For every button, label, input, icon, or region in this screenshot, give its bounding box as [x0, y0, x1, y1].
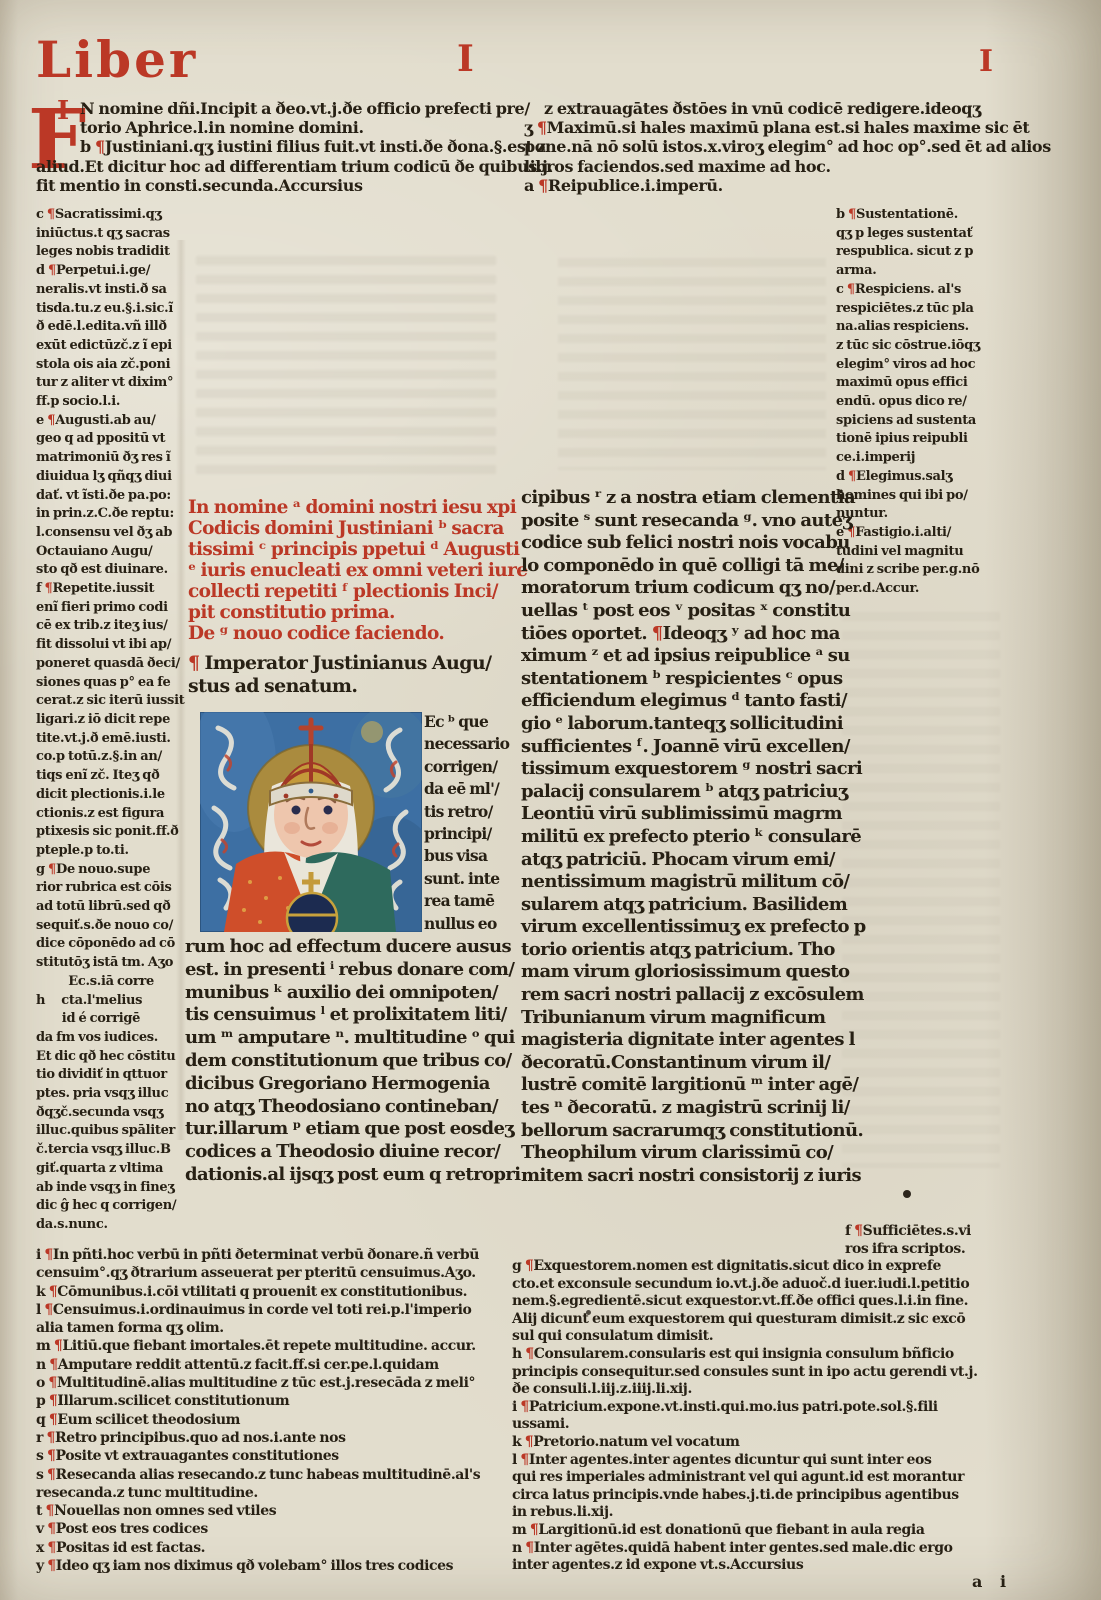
text-line: tisda.tu.z eu.§.i.sic.ĩ: [36, 300, 182, 319]
pilcrow-mark: ¶: [530, 1522, 539, 1538]
text-line: ᵉ iuris enucleati ex omni veteri iure: [188, 560, 503, 581]
text-line: sularem atqʒ patricium. Basilidem: [521, 894, 839, 917]
ink-spot: [903, 1190, 911, 1198]
incunabulum-page: Liber I I I F N nomine dñi.Incipit a ðeo…: [0, 0, 1101, 1600]
pilcrow-mark: ¶: [525, 1540, 534, 1556]
text-line: cto.et exconsule secundum io.vt.j.ðe adu…: [512, 1276, 1006, 1294]
text-line: est. in presenti ⁱ rebus donare com/: [185, 959, 503, 982]
pilcrow-mark: ¶: [847, 282, 855, 297]
text-line: sunt. inte: [424, 868, 502, 890]
pilcrow-mark: ¶: [47, 1558, 56, 1574]
text-line: pit constitutio prima.: [188, 602, 503, 623]
text-line: z extrauagātes ðstōes in vnū codicē redi…: [524, 99, 984, 118]
text-line: bellorum sacrarumqʒ constitutionū.: [521, 1120, 839, 1143]
text-line: matrimoniū ðʒ res ĩ: [36, 449, 182, 468]
text-line: ðecoratū.Constantinum virum il/: [521, 1052, 839, 1075]
pilcrow-mark: ¶: [188, 652, 200, 674]
text-line: f ¶Repetite.iussit: [36, 580, 182, 599]
pilcrow-mark: ¶: [47, 207, 55, 222]
text-line: tio dividiť in qttuor: [36, 1066, 182, 1085]
text-line: n ¶Amputare reddit attentū.z facit.ff.si…: [36, 1356, 520, 1374]
text-line: stitutōʒ istā tm. Aʒo: [36, 954, 182, 973]
text-line: mitem sacri nostri consistorij z iuris: [521, 1165, 839, 1188]
text-line: principis consequitur.sed consules sunt …: [512, 1364, 1006, 1382]
text-line: e ¶Augusti.ab au/: [36, 412, 182, 431]
text-line: tudini vel magnitu: [836, 543, 1006, 562]
pilcrow-mark: ¶: [47, 1521, 56, 1537]
headnote-left: N nomine dñi.Incipit a ðeo.vt.j.ðe offic…: [36, 99, 516, 195]
text-line: v ¶Post eos tres codices: [36, 1520, 520, 1538]
text-line: pteple.p to.ti.: [36, 842, 182, 861]
text-line: ¶ Imperator Justinianus Augu/: [188, 652, 503, 675]
text-line: h ¶Consularem.consularis est qui insigni…: [512, 1346, 1006, 1364]
pilcrow-mark: ¶: [95, 137, 105, 156]
text-line: p ¶Illarum.scilicet constitutionum: [36, 1392, 520, 1410]
text-line: giť.quarta z vltima: [36, 1160, 182, 1179]
bleed-through-center: [558, 258, 826, 470]
text-line: h cta.l'melius: [36, 992, 182, 1011]
text-line: ximum ᶻ et ad ipsius reipublice ᵃ su: [521, 645, 839, 668]
text-line: in rebus.li.xij.: [512, 1504, 1006, 1522]
text-line: torio orientis atqʒ patricium. Tho: [521, 939, 839, 962]
marginal-gloss-right: b ¶Sustentationē.qʒ p leges sustentaťres…: [836, 206, 1006, 599]
text-line: cerat.z sic iterū iussit: [36, 692, 182, 711]
text-line: Ec ᵇ que: [424, 711, 502, 733]
text-line: q ¶Eum scilicet theodosium: [36, 1411, 520, 1429]
text-line: principi/: [424, 823, 502, 845]
text-line: Tribunianum virum magnificum: [521, 1007, 839, 1030]
salutation: ¶ Imperator Justinianus Augu/stus ad sen…: [188, 652, 503, 697]
text-line: r ¶Retro principibus.quo ad nos.i.ante n…: [36, 1429, 520, 1447]
text-line: collecti repetiti ᶠ plectionis Inci/: [188, 581, 503, 602]
pilcrow-mark: ¶: [54, 1338, 63, 1354]
pilcrow-mark: ¶: [525, 1258, 534, 1274]
text-line: ce.i.imperij: [836, 449, 1006, 468]
page-numeral-right: I: [979, 44, 993, 79]
text-line: Octauiano Augu/: [36, 543, 182, 562]
text-line: c ¶Sacratissimi.qʒ: [36, 206, 182, 225]
text-line: ctionis.z est figura: [36, 805, 182, 824]
page-numeral-center: I: [457, 38, 474, 80]
text-line: ptixesis sic ponit.ff.ð: [36, 823, 182, 842]
pilcrow-mark: ¶: [652, 623, 663, 644]
text-line: Theophilum virum clarissimū co/: [521, 1142, 839, 1165]
text-line: rea tamē: [424, 890, 502, 912]
text-line: geo q ad ppositū vt: [36, 430, 182, 449]
text-line: posite ˢ sunt resecanda ᵍ. vno auteʒ: [521, 510, 839, 533]
pilcrow-mark: ¶: [46, 1430, 55, 1446]
pilcrow-mark: ¶: [537, 118, 547, 137]
text-line: respublica. sicut z p: [836, 243, 1006, 262]
text-line: circa latus principis.vnde habes.j.ti.de…: [512, 1487, 1006, 1505]
text-line: censuim°.qʒ ðtrarium asseuerat per pteri…: [36, 1264, 520, 1282]
text-line: libros faciendos.sed maxime ad hoc.: [524, 157, 984, 176]
text-line: siones quas p° ea fe: [36, 674, 182, 693]
text-line: torio Aphrice.l.in nomine domini.: [36, 118, 516, 137]
text-line: x ¶Positas id est factas.: [36, 1539, 520, 1557]
text-line: resecanda.z tunc multitudine.: [36, 1484, 520, 1502]
text-line: codice sub felici nostri nois vocabu: [521, 532, 839, 555]
text-line: nuntur.: [836, 505, 1006, 524]
text-line: s ¶Posite vt extrauagantes constitutione…: [36, 1447, 520, 1465]
text-line: tis censuimus ˡ et prolixitatem liti/: [185, 1004, 503, 1027]
text-line: cipibus ʳ z a nostra etiam clementia: [521, 487, 839, 510]
text-line: poneret quasdā ðeci/: [36, 655, 182, 674]
text-line: iniūctus.t qʒ sacras: [36, 225, 182, 244]
text-line: l.consensu vel ðʒ ab: [36, 524, 182, 543]
text-line: g ¶Exquestorem.nomen est dignitatis.sicu…: [512, 1258, 1006, 1276]
text-line: ab inde vsqʒ in fineʒ: [36, 1179, 182, 1198]
text-line: enĩ fieri primo codi: [36, 599, 182, 618]
pilcrow-mark: ¶: [47, 1467, 56, 1483]
text-line: e ¶Fastigio.i.alti/: [836, 524, 1006, 543]
pilcrow-mark: ¶: [47, 1448, 56, 1464]
text-line: tite.vt.j.ð emē.iusti.: [36, 730, 182, 749]
text-line: y ¶Ideo qʒ iam nos diximus qð volebam° i…: [36, 1557, 520, 1575]
text-line: homines qui ibi po/: [836, 487, 1006, 506]
text-line: respiciētes.z tūc pla: [836, 300, 1006, 319]
text-line: ussami.: [512, 1416, 1006, 1434]
text-line: ad totū librū.sed qð: [36, 898, 182, 917]
text-line: sufficientes ᶠ. Joannē virū excellen/: [521, 736, 839, 759]
pilcrow-mark: ¶: [520, 1452, 529, 1468]
text-line: da eē ml'/: [424, 778, 502, 800]
pilcrow-mark: ¶: [525, 1434, 534, 1450]
text-line: mam virum gloriosissimum questo: [521, 961, 839, 984]
text-line: a ¶Reipublice.i.imperū.: [524, 176, 984, 195]
text-line: k ¶Pretorio.natum vel vocatum: [512, 1434, 1006, 1452]
text-line: z tūc sic cōstrue.iōqʒ: [836, 337, 1006, 356]
quire-signature: a i: [972, 1572, 1012, 1591]
rubric-incipit: In nomine ᵃ domini nostri iesu xpiCodici…: [188, 497, 503, 644]
text-line: corrigen/: [424, 756, 502, 778]
text-line: exūt edictūzč.z ĩ epi: [36, 337, 182, 356]
main-text-right-column: cipibus ʳ z a nostra etiam clementiaposi…: [521, 487, 839, 1187]
text-line: ff.p socio.l.i.: [36, 393, 182, 412]
gloss-sufficientes: f ¶Sufficiētes.s.viros ifra scriptos.: [845, 1222, 1005, 1259]
text-line: cē ex trib.z iteʒ ius/: [36, 617, 182, 636]
text-line: pone.nā nō solū istos.x.viroʒ elegim° ad…: [524, 137, 984, 156]
text-line: co.p totū.z.§.in an/: [36, 748, 182, 767]
pilcrow-mark: ¶: [854, 1223, 863, 1239]
imperial-orb: [287, 893, 337, 932]
text-line: n ¶Inter agētes.quidā habent inter gente…: [512, 1540, 1006, 1558]
text-line: da fm vos iudices.: [36, 1029, 182, 1048]
text-line: virum excellentissimuʒ ex prefecto p: [521, 916, 839, 939]
text-line: d ¶Perpetui.i.ge/: [36, 262, 182, 281]
text-line: qui res imperiales administrant vel qui …: [512, 1469, 1006, 1487]
text-line: in prin.z.C.ðe reptu:: [36, 505, 182, 524]
pilcrow-mark: ¶: [49, 1412, 58, 1428]
text-line: dationis.al ijsqʒ post eum q retropri: [185, 1164, 503, 1187]
text-line: qʒ p leges sustentať: [836, 225, 1006, 244]
text-line: tur.illarum ᵖ etiam que post eosdeʒ: [185, 1118, 503, 1141]
text-beside-miniature: Ec ᵇ quenecessariocorrigen/da eē ml'/tis…: [424, 711, 502, 935]
text-line: tes ⁿ ðecoratū. z magistrū scrinij li/: [521, 1097, 839, 1120]
text-line: dať. vt ĩsti.ðe pa.po:: [36, 487, 182, 506]
text-line: inter agentes.z id expone vt.s.Accursius: [512, 1557, 1006, 1575]
text-line: ðqʒč.secunda vsqʒ: [36, 1104, 182, 1123]
text-line: munibus ᵏ auxilio dei omnipoten/: [185, 982, 503, 1005]
text-line: l ¶Inter agentes.inter agentes dicuntur …: [512, 1452, 1006, 1470]
text-line: dice cōponēdo ad cō: [36, 935, 182, 954]
text-line: d ¶Elegimus.salʒ: [836, 468, 1006, 487]
text-line: b ¶Sustentationē.: [836, 206, 1006, 225]
text-line: dicibus Gregoriano Hermogenia: [185, 1073, 503, 1096]
text-line: De ᵍ nouo codice faciendo.: [188, 623, 503, 644]
text-line: da.s.nunc.: [36, 1216, 182, 1235]
emperor-miniature: [200, 712, 422, 932]
pilcrow-mark: ¶: [49, 1284, 58, 1300]
text-line: dicit plectionis.i.le: [36, 786, 182, 805]
text-line: rem sacri nostri pallacij z excōsulem: [521, 984, 839, 1007]
text-line: Ec.s.iā corre: [36, 973, 182, 992]
text-line: aliud.Et dicitur hoc ad differentiam tri…: [36, 157, 516, 176]
text-line: elegim° viros ad hoc: [836, 356, 1006, 375]
text-line: neralis.vt insti.ð sa: [36, 281, 182, 300]
pilcrow-mark: ¶: [520, 1399, 529, 1415]
pilcrow-mark: ¶: [49, 1393, 58, 1409]
text-line: codices a Theodosio diuine recor/: [185, 1141, 503, 1164]
text-line: Leontiū virū sublimissimū magrm: [521, 803, 839, 826]
text-line: lo componēdo in quē colligi tā me/: [521, 555, 839, 578]
text-line: per.d.Accur.: [836, 580, 1006, 599]
text-line: N nomine dñi.Incipit a ðeo.vt.j.ðe offic…: [36, 99, 516, 118]
text-line: i ¶In pñti.hoc verbū in pñti ðeterminat …: [36, 1246, 520, 1264]
text-line: ð edē.l.edita.vñ illð: [36, 318, 182, 337]
text-line: fit dissolui vt ibi ap/: [36, 636, 182, 655]
text-line: sto qð est diuinare.: [36, 561, 182, 580]
text-line: ligari.z iō dicit repe: [36, 711, 182, 730]
text-line: id é corrigē: [36, 1010, 182, 1029]
text-line: l ¶Censuimus.i.ordinauimus in corde vel …: [36, 1301, 520, 1319]
text-line: alia tamen forma qʒ olim.: [36, 1319, 520, 1337]
text-line: efficiendum elegimus ᵈ tanto fasti/: [521, 690, 839, 713]
bleed-through-left: [196, 256, 496, 484]
text-line: Codicis domini Justiniani ᵇ sacra: [188, 518, 503, 539]
pilcrow-mark: ¶: [49, 1357, 58, 1373]
text-line: atqʒ patriciū. Phocam virum emi/: [521, 849, 839, 872]
text-line: moratorum trium codicum qʒ no/: [521, 577, 839, 600]
text-line: magisteria dignitate inter agentes l: [521, 1029, 839, 1052]
pilcrow-mark: ¶: [48, 862, 56, 877]
text-line: ðe consuli.l.iij.z.iiij.li.xij.: [512, 1381, 1006, 1399]
text-line: t ¶Nouellas non omnes sed vtiles: [36, 1502, 520, 1520]
text-line: b ¶Justiniani.qʒ iustini filius fuit.vt …: [36, 137, 516, 156]
text-line: i ¶Patricium.expone.vt.insti.qui.mo.ius …: [512, 1399, 1006, 1417]
text-line: tionē ipius reipubli: [836, 430, 1006, 449]
bleed-through-right: [842, 612, 1000, 1168]
text-line: č.tercia vsqʒ illuc.B: [36, 1141, 182, 1160]
marginal-gloss-left: c ¶Sacratissimi.qʒiniūctus.t qʒ sacrasle…: [36, 206, 182, 1235]
text-line: lustrē comitē largitionū ᵐ inter agē/: [521, 1074, 839, 1097]
text-line: rum hoc ad effectum ducere ausus: [185, 936, 503, 959]
text-line: nullus eo: [424, 913, 502, 935]
bottom-gloss-right: g ¶Exquestorem.nomen est dignitatis.sicu…: [512, 1258, 1006, 1575]
text-line: k ¶Cōmunibus.i.cōi vtilitati q prouenit …: [36, 1283, 520, 1301]
text-line: maximū opus effici: [836, 374, 1006, 393]
text-line: f ¶Sufficiētes.s.vi: [845, 1222, 1005, 1240]
text-line: Et dic qð hec cōstitu: [36, 1048, 182, 1067]
text-line: dem constitutionum que tribus co/: [185, 1050, 503, 1073]
text-line: um ᵐ amputare ⁿ. multitudine ᵒ qui: [185, 1027, 503, 1050]
text-line: stus ad senatum.: [188, 675, 503, 698]
text-line: s ¶Resecanda alias resecando.z tunc habe…: [36, 1466, 520, 1484]
text-line: stentationem ᵇ respicientes ᶜ opus: [521, 668, 839, 691]
text-line: nentissimum magistrū militum cō/: [521, 871, 839, 894]
text-line: na.alias respiciens.: [836, 318, 1006, 337]
text-line: ros ifra scriptos.: [845, 1240, 1005, 1258]
text-line: dic ĝ hec q corrigen/: [36, 1197, 182, 1216]
bottom-gloss-left: i ¶In pñti.hoc verbū in pñti ðeterminat …: [36, 1246, 520, 1575]
text-line: nem.§.egredientē.sicut exquestor.vt.ff.ð…: [512, 1293, 1006, 1311]
ink-spot: [586, 1310, 591, 1315]
text-line: diuidua lʒ qñqʒ diui: [36, 468, 182, 487]
text-line: bus visa: [424, 845, 502, 867]
pilcrow-mark: ¶: [46, 1503, 55, 1519]
text-line: spiciens ad sustenta: [836, 412, 1006, 431]
pilcrow-mark: ¶: [44, 1247, 53, 1263]
text-line: stola ois aia zč.poni: [36, 356, 182, 375]
headnote-right: z extrauagātes ðstōes in vnū codicē redi…: [524, 99, 984, 195]
pilcrow-mark: ¶: [525, 1346, 534, 1362]
text-line: illuc.quibus spāliter: [36, 1122, 182, 1141]
pilcrow-mark: ¶: [48, 263, 56, 278]
text-line: ptes. pria vsqʒ illuc: [36, 1085, 182, 1104]
main-text-left-column: rum hoc ad effectum ducere aususest. in …: [185, 936, 503, 1187]
pilcrow-mark: ¶: [538, 176, 548, 195]
text-line: arma.: [836, 262, 1006, 281]
pilcrow-mark: ¶: [848, 469, 856, 484]
text-line: ʒ ¶Maximū.si hales maximū plana est.si h…: [524, 118, 984, 137]
text-line: tur z aliter vt dixim°: [36, 374, 182, 393]
pilcrow-mark: ¶: [47, 413, 55, 428]
pilcrow-mark: ¶: [48, 1375, 57, 1391]
pilcrow-mark: ¶: [45, 581, 53, 596]
text-line: tiōes oportet. ¶Ideoqʒ ʸ ad hoc ma: [521, 623, 839, 646]
text-line: rior rubrica est cōis: [36, 879, 182, 898]
pilcrow-mark: ¶: [848, 207, 856, 222]
pilcrow-mark: ¶: [44, 1302, 53, 1318]
text-line: m ¶Largitionū.id est donationū que fieba…: [512, 1522, 1006, 1540]
text-line: sul qui consulatum dimisit.: [512, 1328, 1006, 1346]
running-title: Liber: [36, 30, 198, 89]
text-line: gio ᵉ laborum.tanteqʒ sollicitudini: [521, 713, 839, 736]
text-line: dini z scribe per.g.nō: [836, 561, 1006, 580]
text-line: tissimi ᶜ principis ppetui ᵈ Augusti: [188, 539, 503, 560]
text-line: tissimum exquestorem ᵍ nostri sacri: [521, 758, 839, 781]
pilcrow-mark: ¶: [47, 1540, 56, 1556]
text-line: palacij consularem ᵇ atqʒ patriciuʒ: [521, 781, 839, 804]
text-line: endū. opus dico re/: [836, 393, 1006, 412]
text-line: In nomine ᵃ domini nostri iesu xpi: [188, 497, 503, 518]
text-line: no atqʒ Theodosiano contineban/: [185, 1096, 503, 1119]
text-line: uellas ᵗ post eos ᵛ positas ˣ constitu: [521, 600, 839, 623]
text-line: necessario: [424, 733, 502, 755]
text-line: tiqs enĩ zč. Iteʒ qð: [36, 767, 182, 786]
text-line: fit mentio in consti.secunda.Accursius: [36, 176, 516, 195]
text-line: leges nobis tradidit: [36, 243, 182, 262]
text-line: c ¶Respiciens. al's: [836, 281, 1006, 300]
text-line: tis retro/: [424, 801, 502, 823]
text-line: sequiť.s.ðe nouo co/: [36, 917, 182, 936]
text-line: militū ex prefecto pterio ᵏ consularē: [521, 826, 839, 849]
text-line: m ¶Litiū.que fiebant imortales.ēt repete…: [36, 1337, 520, 1355]
text-line: g ¶De nouo.supe: [36, 861, 182, 880]
text-line: o ¶Multitudinē.alias multitudine z tūc e…: [36, 1374, 520, 1392]
